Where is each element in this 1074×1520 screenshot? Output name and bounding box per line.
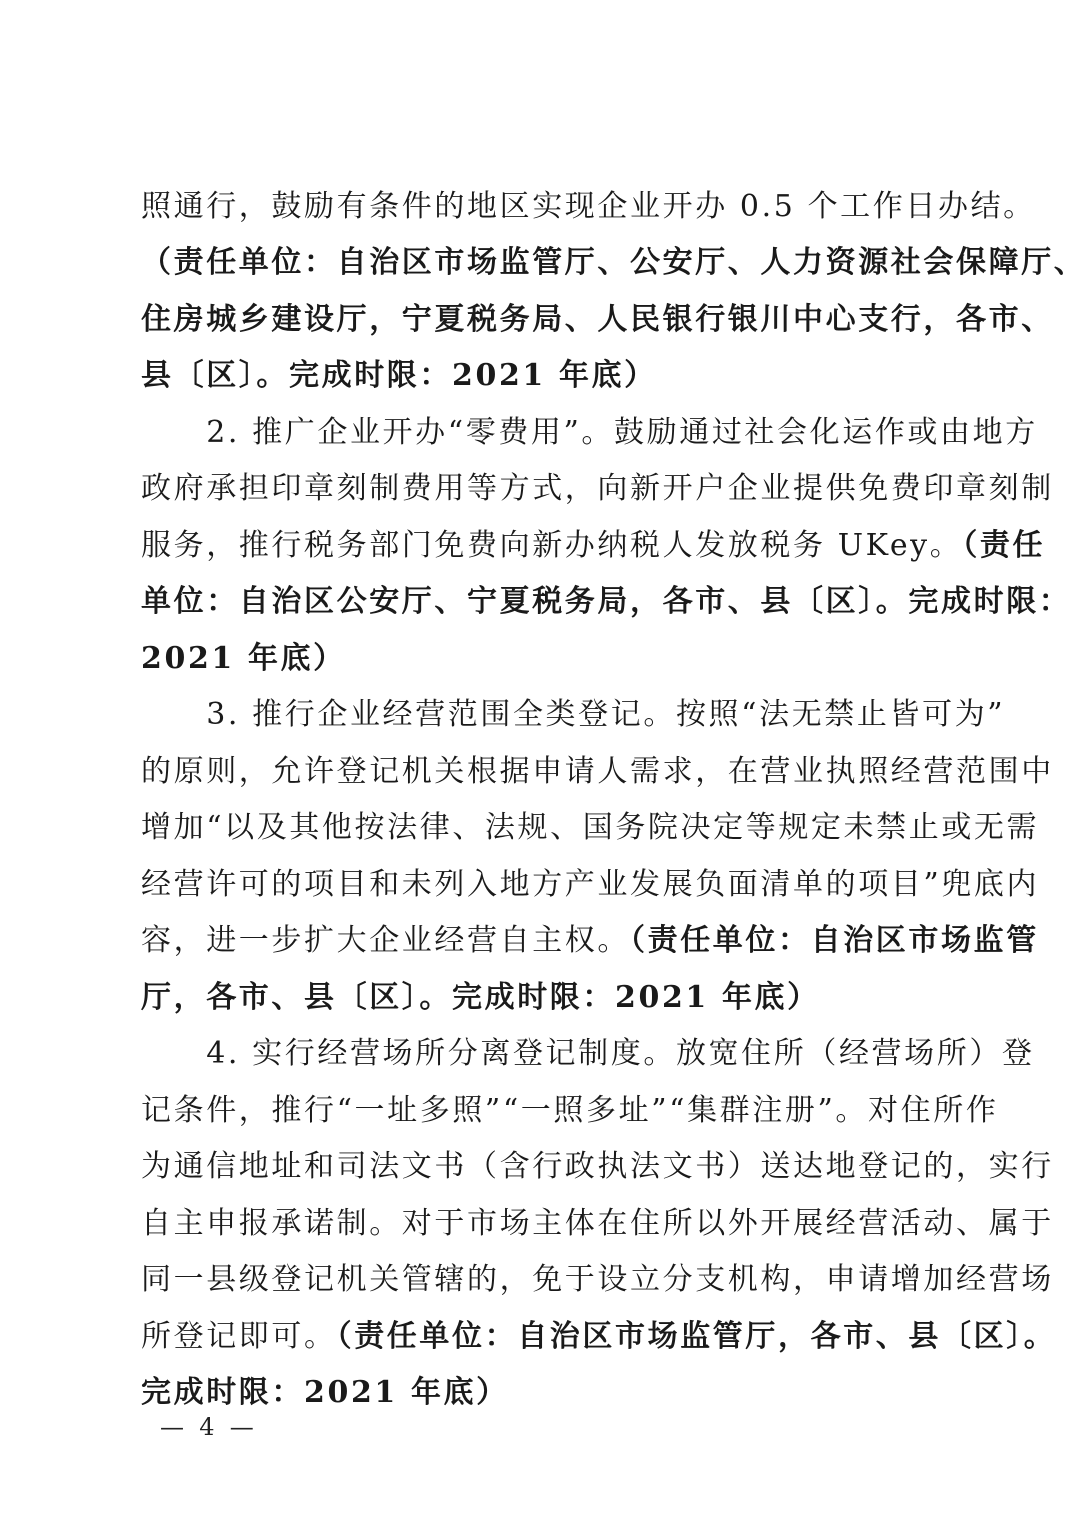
item-4-heading-line: 4. 实行经营场所分离登记制度。放宽住所（经营场所）登 — [141, 1034, 941, 1074]
text-line: 完成时限：2021 年底） — [141, 1373, 941, 1413]
text-segment: 自主申报承诺制。对于市场主体在住所以外开展经营活动、属于 — [141, 1206, 1054, 1241]
text-segment: 所登记即可。 — [141, 1319, 337, 1354]
text-line: 服务，推行税务部门免费向新办纳税人发放税务 UKey。（责任 — [141, 526, 941, 566]
document-page: 照通行，鼓励有条件的地区实现企业开办 0.5 个工作日办结。 （责任单位：自治区… — [0, 0, 1074, 1520]
text-line: 照通行，鼓励有条件的地区实现企业开办 0.5 个工作日办结。 — [141, 187, 941, 227]
item-3-heading-line: 3. 推行企业经营范围全类登记。按照“法无禁止皆可为” — [141, 695, 941, 735]
text-line: 容，进一步扩大企业经营自主权。（责任单位：自治区市场监管 — [141, 921, 941, 961]
responsibility-clause: 单位：自治区公安厅、宁夏税务局，各市、县〔区〕。完成时限： — [141, 584, 1071, 619]
text-segment: 2. 推广企业开办“零费用”。鼓励通过社会化运作或由地方 — [141, 415, 1038, 450]
text-line: 2021 年底） — [141, 639, 941, 679]
responsibility-clause: （责任单位：自治区市场监管厅，各市、县〔区〕。 — [337, 1319, 1057, 1354]
text-line: 记条件，推行“一址多照”“一照多址”“集群注册”。对住所作 — [141, 1091, 941, 1131]
text-line: 县〔区〕。完成时限：2021 年底） — [141, 356, 941, 396]
text-segment: 记条件，推行“一址多照”“一照多址”“集群注册”。对住所作 — [141, 1093, 998, 1128]
text-segment: 3. 推行企业经营范围全类登记。按照“法无禁止皆可为” — [141, 697, 1005, 732]
text-line: 所登记即可。（责任单位：自治区市场监管厅，各市、县〔区〕。 — [141, 1317, 941, 1357]
text-segment: 照通行，鼓励有条件的地区实现企业开办 0.5 个工作日办结。 — [141, 189, 1036, 224]
text-line: 的原则，允许登记机关根据申请人需求，在营业执照经营范围中 — [141, 752, 941, 792]
text-segment: 为通信地址和司法文书（含行政执法文书）送达地登记的，实行 — [141, 1149, 1054, 1184]
responsibility-clause: （责任 — [962, 528, 1045, 563]
text-line: 同一县级登记机关管辖的，免于设立分支机构，申请增加经营场 — [141, 1260, 941, 1300]
text-line: 厅，各市、县〔区〕。完成时限：2021 年底） — [141, 978, 941, 1018]
deadline-clause: 厅，各市、县〔区〕。完成时限：2021 年底） — [141, 980, 820, 1015]
text-segment: 同一县级登记机关管辖的，免于设立分支机构，申请增加经营场 — [141, 1262, 1054, 1297]
text-line: 住房城乡建设厅，宁夏税务局、人民银行银川中心支行，各市、 — [141, 300, 941, 340]
text-line: 自主申报承诺制。对于市场主体在住所以外开展经营活动、属于 — [141, 1204, 941, 1244]
text-segment: 服务，推行税务部门免费向新办纳税人发放税务 UKey。 — [141, 528, 962, 563]
text-segment: 容，进一步扩大企业经营自主权。 — [141, 923, 630, 958]
responsibility-clause: （责任单位：自治区市场监管厅、公安厅、人力资源社会保障厅、 — [141, 245, 1074, 280]
text-segment: 经营许可的项目和未列入地方产业发展负面清单的项目”兜底内 — [141, 867, 1039, 902]
text-line: 单位：自治区公安厅、宁夏税务局，各市、县〔区〕。完成时限： — [141, 582, 941, 622]
text-line: 经营许可的项目和未列入地方产业发展负面清单的项目”兜底内 — [141, 865, 941, 905]
text-line: 为通信地址和司法文书（含行政执法文书）送达地登记的，实行 — [141, 1147, 941, 1187]
text-segment: 的原则，允许登记机关根据申请人需求，在营业执照经营范围中 — [141, 754, 1054, 789]
deadline-clause: 县〔区〕。完成时限：2021 年底） — [141, 358, 657, 393]
text-line: 增加“以及其他按法律、法规、国务院决定等规定未禁止或无需 — [141, 808, 941, 848]
text-line: （责任单位：自治区市场监管厅、公安厅、人力资源社会保障厅、 — [141, 243, 941, 283]
text-segment: 政府承担印章刻制费用等方式，向新开户企业提供免费印章刻制 — [141, 471, 1054, 506]
responsibility-clause: 住房城乡建设厅，宁夏税务局、人民银行银川中心支行，各市、 — [141, 302, 1054, 337]
text-line: 政府承担印章刻制费用等方式，向新开户企业提供免费印章刻制 — [141, 469, 941, 509]
responsibility-clause: （责任单位：自治区市场监管 — [630, 923, 1039, 958]
deadline-clause: 完成时限：2021 年底） — [141, 1375, 509, 1410]
item-2-heading-line: 2. 推广企业开办“零费用”。鼓励通过社会化运作或由地方 — [141, 413, 941, 453]
page-number: — 4 — — [160, 1412, 254, 1442]
text-segment: 4. 实行经营场所分离登记制度。放宽住所（经营场所）登 — [141, 1036, 1035, 1071]
text-segment: 增加“以及其他按法律、法规、国务院决定等规定未禁止或无需 — [141, 810, 1039, 845]
deadline-clause: 2021 年底） — [141, 641, 346, 676]
